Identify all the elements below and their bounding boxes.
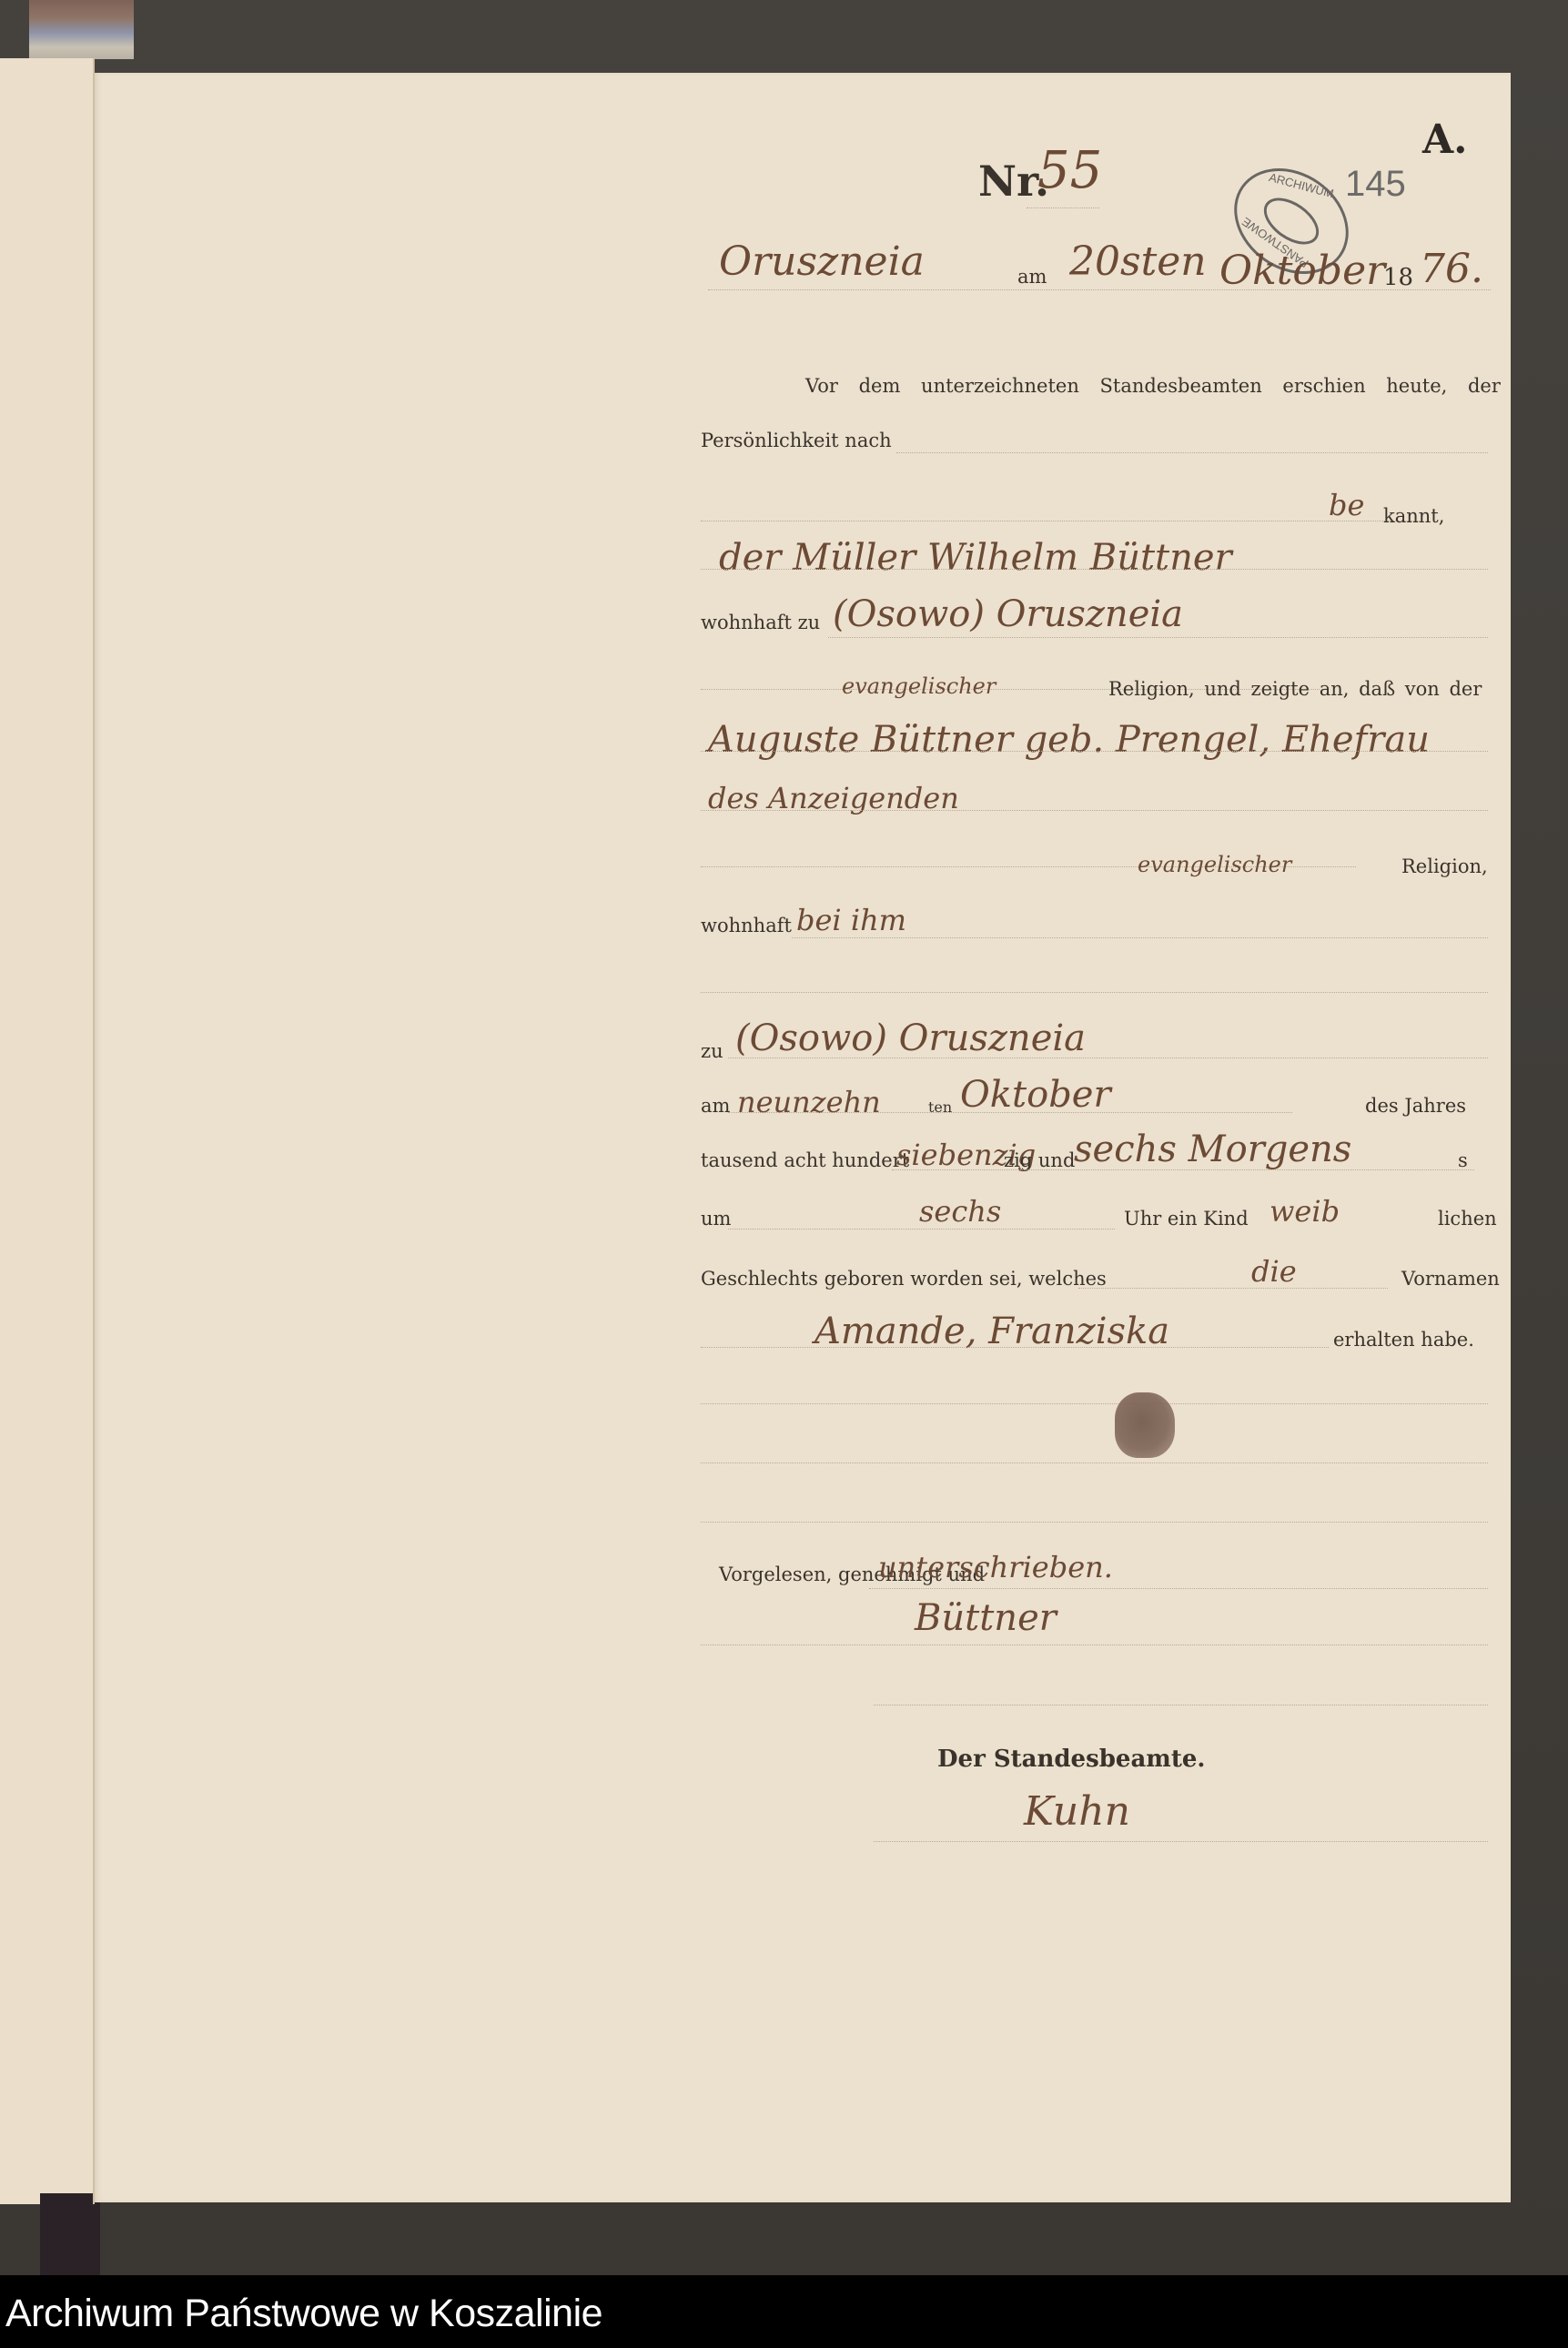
tausend-label: tausend acht hundert (701, 1149, 909, 1171)
birth-month: Oktober (960, 1074, 1111, 1116)
form-line (874, 1705, 1488, 1705)
child-sex: weib (1270, 1194, 1340, 1229)
ink-blot (1115, 1392, 1175, 1458)
year-prefix: 18 (1383, 264, 1413, 291)
year-suffix: 76. (1420, 246, 1483, 292)
birth-place: (Osowo) Oruszneia (735, 1017, 1086, 1059)
page-fold (93, 58, 95, 2204)
vornamen-label: Vornamen (1401, 1268, 1500, 1290)
geschlechts-label: Geschlechts geboren worden sei, welches (701, 1268, 1107, 1290)
am-label: am (701, 1095, 730, 1117)
am-label: am (1017, 266, 1047, 288)
wohnhaft-label: wohnhaft (701, 915, 792, 936)
unterschrieben-handwriting: unterschrieben. (878, 1550, 1113, 1584)
book-binding-edge (29, 0, 134, 59)
form-line (701, 1347, 1329, 1348)
left-page-edge (0, 58, 93, 2204)
registrar-label: Der Standesbeamte. (937, 1746, 1205, 1773)
date-month: Oktober (1219, 248, 1385, 294)
form-line (701, 521, 1420, 521)
date-day: 20sten (1069, 238, 1207, 285)
form-line (896, 452, 1488, 453)
persoenlichkeit-label: Persönlichkeit nach (701, 430, 892, 451)
form-line (1078, 1288, 1388, 1289)
form-line (728, 1058, 1488, 1058)
birth-hour: sechs (919, 1194, 1001, 1229)
mother-name: Auguste Büttner geb. Prengel, Ehefrau (708, 719, 1430, 761)
uhr-label: Uhr ein Kind (1124, 1208, 1249, 1230)
bekannt-label: kannt, (1383, 505, 1444, 527)
um-label: um (701, 1208, 731, 1230)
register-number: 55 (1037, 141, 1102, 200)
mother-residence: bei ihm (796, 903, 906, 937)
form-line (701, 569, 1488, 570)
bekannt-handwriting: be (1329, 488, 1364, 522)
registrar-signature: Kuhn (1024, 1788, 1130, 1835)
mother-religion: evangelischer (1138, 852, 1291, 877)
declarant-religion: evangelischer (842, 673, 996, 699)
birth-day-words: neunzehn (737, 1085, 881, 1119)
form-line (892, 1169, 1474, 1170)
form-line (701, 1403, 1488, 1404)
s-suffix: s (1458, 1149, 1468, 1171)
form-line (701, 751, 1488, 752)
declarant-signature: Büttner (915, 1597, 1057, 1639)
ten-label: ten (928, 1098, 952, 1116)
form-line (701, 1522, 1488, 1523)
des-jahres-label: des Jahres (1365, 1095, 1466, 1117)
religion-label: Religion, (1401, 855, 1488, 877)
place-name: Oruszneia (719, 238, 925, 285)
archive-footer-bar: Archiwum Państwowe w Koszalinie (0, 2275, 1568, 2348)
religion-clause: Religion, und zeigte an, daß von der (1108, 678, 1482, 700)
form-line (792, 937, 1488, 938)
form-line (701, 810, 1488, 811)
declarant-residence: (Osowo) Oruszneia (833, 593, 1183, 635)
form-line (874, 1841, 1488, 1842)
zig-und-label: zig und (1004, 1149, 1075, 1171)
intro-text: Vor dem unterzeichneten Standesbeamten e… (805, 375, 1501, 397)
form-line (701, 1645, 1488, 1645)
register-number-line (1027, 207, 1099, 208)
form-line (701, 1462, 1488, 1463)
zu-label: zu (701, 1040, 723, 1062)
form-line (828, 637, 1488, 638)
wohnhaft-zu-label: wohnhaft zu (701, 612, 820, 633)
book-spine (40, 2193, 100, 2275)
lichen-label: lichen (1438, 1208, 1497, 1230)
form-letter: A. (1422, 116, 1467, 163)
erhalten-label: erhalten habe. (1333, 1329, 1474, 1351)
pronoun: die (1251, 1254, 1297, 1289)
form-line (701, 992, 1488, 993)
declarant-name: der Müller Wilhelm Büttner (719, 537, 1232, 579)
form-line (869, 1588, 1488, 1589)
pencil-page-number: 145 (1345, 164, 1406, 205)
archive-name: Archiwum Państwowe w Koszalinie (5, 2292, 602, 2336)
year-words-2: sechs Morgens (1074, 1128, 1351, 1170)
form-line (728, 1229, 1115, 1230)
